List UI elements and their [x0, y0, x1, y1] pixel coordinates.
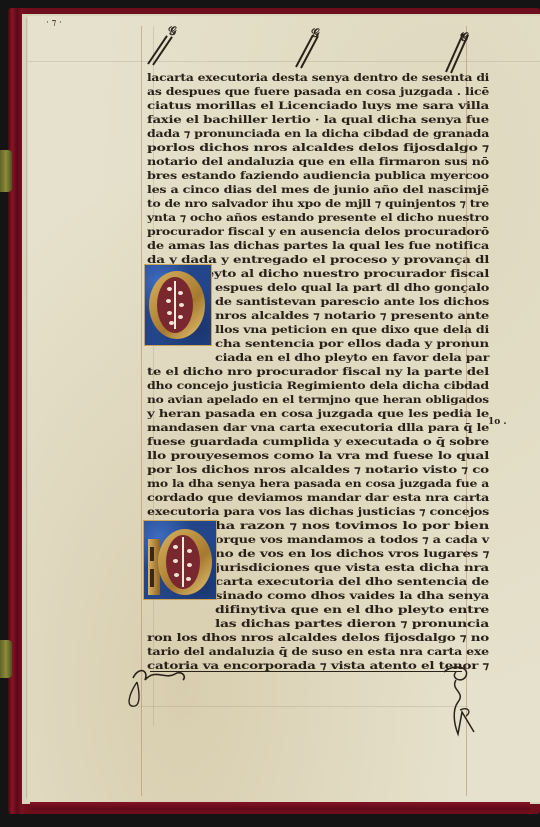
text-line: porlos dichos nros alcaldes delos fijosd…	[147, 141, 489, 155]
text-line: tario del andaluzia q̄ de suso en esta n…	[147, 645, 489, 659]
text-line: llos vna peticion en que dixo que dela d…	[215, 323, 489, 337]
text-line: lacarta executoria desta senya dentro de…	[147, 71, 489, 85]
text-line: dho concejo justicia Regimiento dela dic…	[147, 379, 489, 393]
text-line: fuese guardada cumplida y executada o q̄…	[147, 435, 489, 449]
closing-rule	[150, 671, 462, 672]
text-line: por los dichos nros alcaldes ⁊ notario v…	[147, 463, 489, 477]
ribbon-marker-bottom	[0, 640, 12, 678]
text-line: as despues que fuere pasada en cosa juzg…	[147, 85, 489, 99]
illuminated-initial-p	[143, 520, 217, 600]
text-line: cordado que deviamos mandar dar esta nra…	[147, 491, 489, 505]
text-line: orque vos mandamos a todos ⁊ a cada v	[215, 533, 489, 547]
text-line: to de nro salvador ihu xpo de mjll ⁊ qui…	[147, 197, 489, 211]
text-line: ynta ⁊ ocho años estando presente el dic…	[147, 211, 489, 225]
ribbon-marker-top	[0, 150, 12, 192]
text-line: sinado como dhos vaides la dha senya	[215, 589, 489, 603]
text-line: cha sentencia por ellos dada y pronun	[215, 337, 489, 351]
text-line: procurador fiscal y en ausencia delos pr…	[147, 225, 489, 239]
text-line: dada ⁊ pronunciada en la dicha cibdad de…	[147, 127, 489, 141]
text-line: te el dicho nro procurador fiscal ny la …	[147, 365, 489, 379]
text-line: les a cinco dias del mes de junio año de…	[147, 183, 489, 197]
text-line: executoria para vos las dichas justicias…	[147, 505, 489, 519]
text-line: ron los dhos nros alcaldes delos fijosda…	[147, 631, 489, 645]
floral-stem	[182, 537, 184, 587]
text-line: mo la dha senya hera pasada en cosa juzg…	[147, 477, 489, 491]
text-line: no de vos en los dichos vros lugares ⁊	[215, 547, 489, 561]
header-flourish-glyph: 𝒢	[311, 26, 320, 41]
bottom-left-flourish	[125, 660, 215, 720]
text-line: faxie el bachiller lertio · la qual dich…	[147, 113, 489, 127]
page-edge-line	[26, 18, 27, 798]
floral-stem	[174, 281, 176, 329]
text-line: carta executoria del dho sentencia de	[215, 575, 489, 589]
text-line: y heran pasada en cosa juzgada que les p…	[147, 407, 489, 421]
text-line: bres estando faziendo audiencia publica …	[147, 169, 489, 183]
text-line: ciada en el dho pleyto en favor dela par	[215, 351, 489, 365]
corner-marks: · ⁊ ·	[46, 18, 62, 28]
text-line: espues delo qual la part dl dho gonçalo	[215, 281, 489, 295]
header-flourish-glyph: 𝒢	[460, 30, 469, 45]
text-line: de amas las dichas partes la qual les fu…	[147, 239, 489, 253]
text-line: llo prouyesemos como la vra md fuese lo …	[147, 449, 489, 463]
text-line: notario del andaluzia que en ella firmar…	[147, 155, 489, 169]
ruling-line-top	[28, 61, 540, 62]
text-line: nros alcaldes ⁊ notario ⁊ presento ante	[215, 309, 489, 323]
text-line: de santistevan parescio ante los dichos	[215, 295, 489, 309]
text-line: las dichas partes dieron ⁊ pronuncia	[215, 617, 489, 631]
text-line: mandasen dar vna carta executoria dlla p…	[147, 421, 489, 435]
margin-note: 1o .	[488, 417, 507, 427]
header-flourish-glyph: 𝒢	[168, 24, 177, 39]
text-line: difinytiva que en el dho pleyto entre	[215, 603, 489, 617]
text-line: jurisdiciones que vista esta dicha nra	[215, 561, 489, 575]
text-line: no avian apelado en el termjno que heran…	[147, 393, 489, 407]
illuminated-initial-d	[144, 264, 212, 346]
text-line: ciatus morillas el Licenciado luys me sa…	[147, 99, 489, 113]
